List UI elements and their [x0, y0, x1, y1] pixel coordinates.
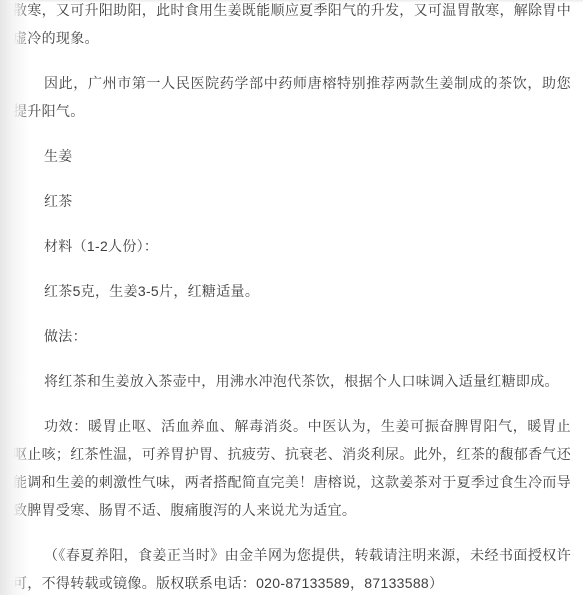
paragraph-heading-black-tea: 红茶 [13, 187, 571, 215]
paragraph-effects: 功效：暖胃止呕、活血养血、解毒消炎。中医认为，生姜可振奋脾胃阳气，暖胃止呕止咳；… [13, 412, 571, 524]
paragraph-heading-ginger: 生姜 [13, 142, 571, 170]
article-body: 散寒，又可升阳助阳，此时食用生姜既能顺应夏季阳气的升发，又可温胃散寒，解除胃中虚… [0, 0, 583, 595]
paragraph-continuation: 散寒，又可升阳助阳，此时食用生姜既能顺应夏季阳气的升发，又可温胃散寒，解除胃中虚… [13, 0, 571, 52]
paragraph: 因此，广州市第一人民医院药学部中药师唐榕特别推荐两款生姜制成的茶饮，助您提升阳气… [13, 69, 571, 125]
paragraph-copyright: （《春夏养阳，食姜正当时》由金羊网为您提供，转载请注明来源，未经书面授权许可，不… [13, 541, 571, 595]
article-page: 散寒，又可升阳助阳，此时食用生姜既能顺应夏季阳气的升发，又可温胃散寒，解除胃中虚… [0, 0, 583, 595]
paragraph-materials-label: 材料（1-2人份）： [13, 232, 571, 260]
paragraph-method-label: 做法： [13, 322, 571, 350]
paragraph-materials: 红茶5克，生姜3-5片，红糖适量。 [13, 277, 571, 305]
paragraph-method: 将红茶和生姜放入茶壶中，用沸水冲泡代茶饮，根据个人口味调入适量红糖即成。 [13, 367, 571, 395]
